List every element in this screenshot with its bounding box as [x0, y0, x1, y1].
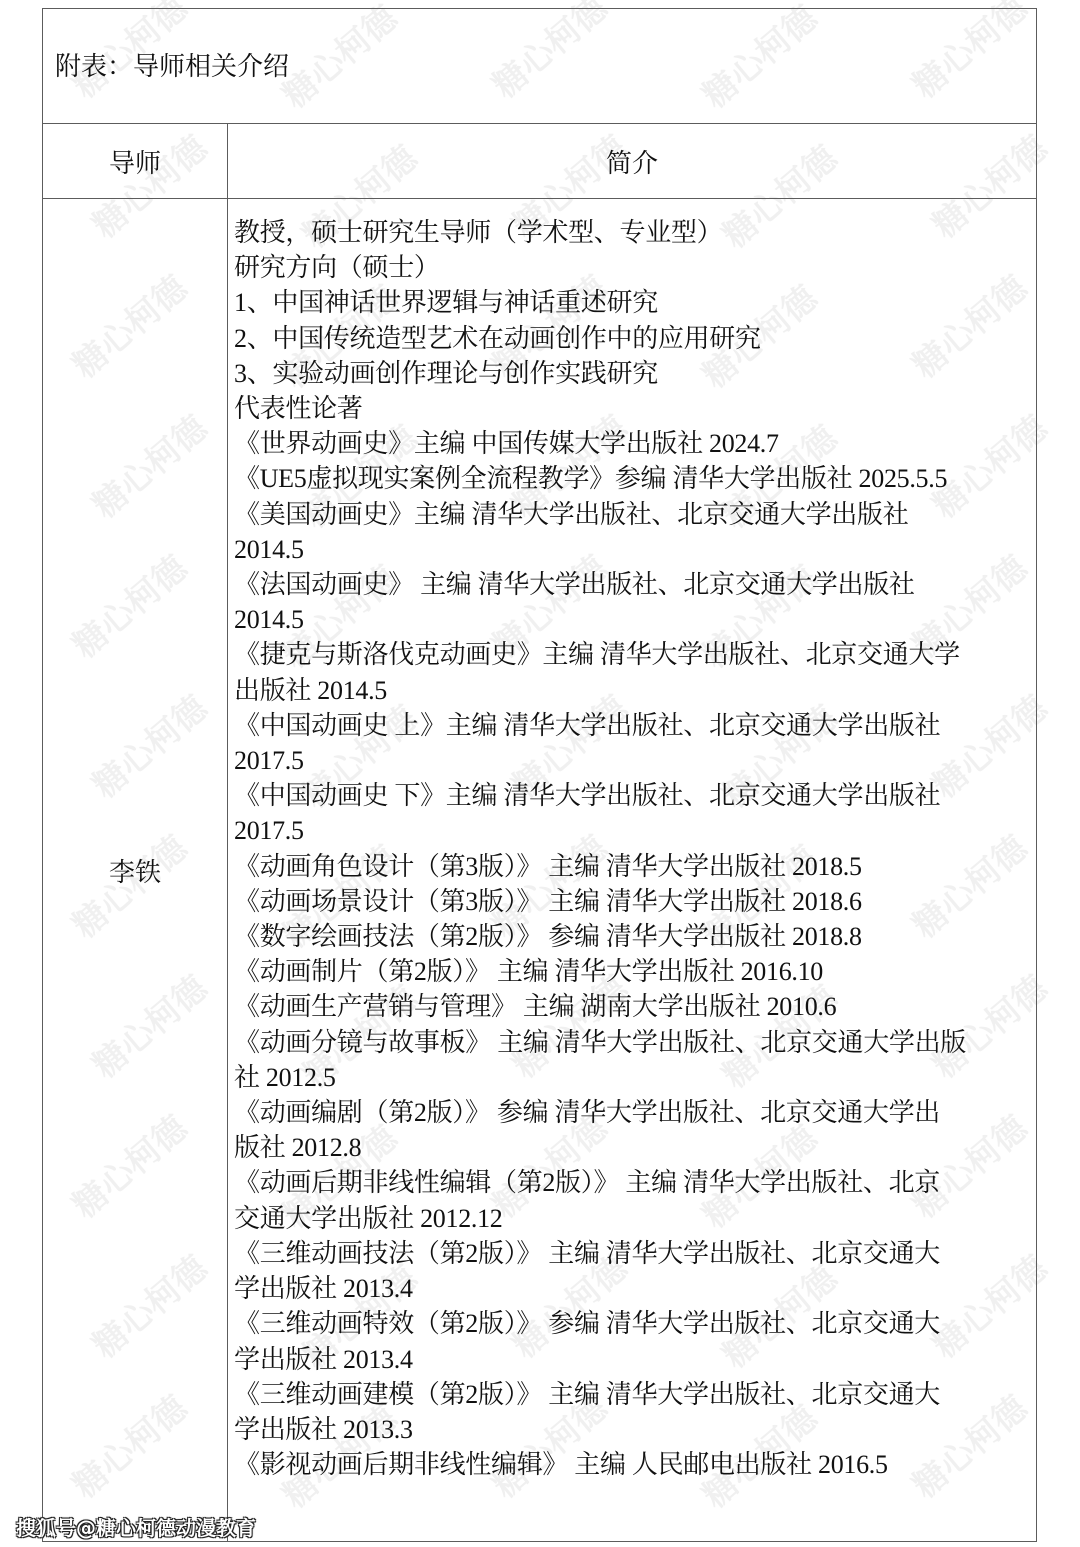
intro-line: 学出版社 2013.4: [234, 1271, 1032, 1306]
column-header-intro: 简介: [228, 124, 1037, 199]
document-title: 附表：导师相关介绍: [49, 46, 289, 83]
intro-line: 社 2012.5: [234, 1060, 1032, 1095]
intro-line: 3、实验动画创作理论与创作实践研究: [234, 356, 1032, 391]
intro-line: 《三维动画建模（第2版）》 主编 清华大学出版社、北京交通大: [234, 1377, 1032, 1412]
intro-line: 版社 2012.8: [234, 1130, 1032, 1165]
intro-line: 2、中国传统造型艺术在动画创作中的应用研究: [234, 321, 1032, 356]
intro-line: 《数字绘画技法（第2版）》 参编 清华大学出版社 2018.8: [234, 919, 1032, 954]
intro-line: 《中国动画史 下》主编 清华大学出版社、北京交通大学出版社: [234, 778, 1032, 813]
intro-line: 《动画后期非线性编辑（第2版）》 主编 清华大学出版社、北京: [234, 1165, 1032, 1200]
intro-line: 学出版社 2013.4: [234, 1342, 1032, 1377]
title-cell: 附表：导师相关介绍: [43, 9, 1037, 124]
source-watermark-tag: 搜狐号@糖心柯德动漫教育: [16, 1512, 256, 1541]
intro-line: 《捷克与斯洛伐克动画史》主编 清华大学出版社、北京交通大学: [234, 637, 1032, 672]
intro-line: 2014.5: [234, 532, 1032, 567]
intro-line: 《动画生产营销与管理》 主编 湖南大学出版社 2010.6: [234, 989, 1032, 1024]
intro-line: 《影视动画后期非线性编辑》 主编 人民邮电出版社 2016.5: [234, 1447, 1032, 1482]
intro-line: 《动画分镜与故事板》 主编 清华大学出版社、北京交通大学出版: [234, 1025, 1032, 1060]
column-header-mentor: 导师: [43, 124, 228, 199]
intro-line: 《世界动画史》主编 中国传媒大学出版社 2024.7: [234, 426, 1032, 461]
intro-line: 《动画编剧（第2版）》 参编 清华大学出版社、北京交通大学出: [234, 1095, 1032, 1130]
intro-line: 研究方向（硕士）: [234, 250, 1032, 285]
intro-lines: 教授，硕士研究生导师（学术型、专业型）研究方向（硕士）1、中国神话世界逻辑与神话…: [234, 215, 1032, 1482]
mentor-table: 附表：导师相关介绍 导师 简介 李铁 教授，硕士研究生导师（学术型、专业型）研究…: [42, 8, 1037, 1542]
intro-line: 代表性论著: [234, 391, 1032, 426]
intro-line: 交通大学出版社 2012.12: [234, 1201, 1032, 1236]
intro-line: 《动画场景设计（第3版）》 主编 清华大学出版社 2018.6: [234, 884, 1032, 919]
intro-line: 《美国动画史》主编 清华大学出版社、北京交通大学出版社: [234, 497, 1032, 532]
intro-line: 《三维动画技法（第2版）》 主编 清华大学出版社、北京交通大: [234, 1236, 1032, 1271]
intro-line: 《法国动画史》 主编 清华大学出版社、北京交通大学出版社: [234, 567, 1032, 602]
intro-line: 《动画角色设计（第3版）》 主编 清华大学出版社 2018.5: [234, 849, 1032, 884]
intro-line: 出版社 2014.5: [234, 673, 1032, 708]
intro-line: 学出版社 2013.3: [234, 1412, 1032, 1447]
intro-line: 《中国动画史 上》主编 清华大学出版社、北京交通大学出版社: [234, 708, 1032, 743]
intro-line: 1、中国神话世界逻辑与神话重述研究: [234, 285, 1032, 320]
intro-line: 《UE5虚拟现实案例全流程教学》参编 清华大学出版社 2025.5.5: [234, 461, 1032, 496]
intro-line: 《三维动画特效（第2版）》 参编 清华大学出版社、北京交通大: [234, 1306, 1032, 1341]
intro-line: 2017.5: [234, 743, 1032, 778]
mentor-name-cell: 李铁: [43, 199, 228, 1542]
table-row: 李铁 教授，硕士研究生导师（学术型、专业型）研究方向（硕士）1、中国神话世界逻辑…: [43, 199, 1037, 1542]
header-row: 导师 简介: [43, 124, 1037, 199]
intro-line: 2014.5: [234, 602, 1032, 637]
intro-line: 《动画制片（第2版）》 主编 清华大学出版社 2016.10: [234, 954, 1032, 989]
mentor-intro-cell: 教授，硕士研究生导师（学术型、专业型）研究方向（硕士）1、中国神话世界逻辑与神话…: [228, 199, 1037, 1542]
intro-line: 教授，硕士研究生导师（学术型、专业型）: [234, 215, 1032, 250]
title-row: 附表：导师相关介绍: [43, 9, 1037, 124]
intro-line: 2017.5: [234, 813, 1032, 848]
